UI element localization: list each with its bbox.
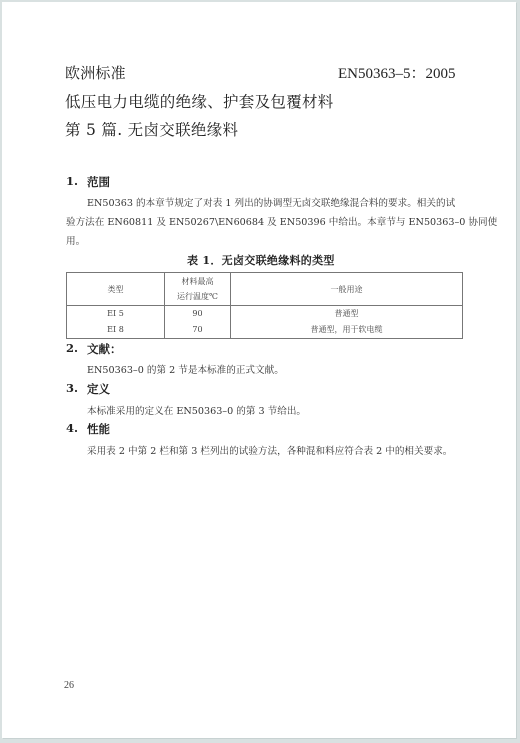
document-subtitle: 第 5 篇. 无卤交联绝缘料	[65, 118, 238, 140]
section-1-body-line-1: EN50363 的本章节规定了对表 1 列出的协调型无卤交联绝缘混合料的要求。相…	[87, 195, 455, 209]
header-max-temp-line-2: 运行温度℃	[165, 289, 230, 304]
header-usage: 一般用途	[231, 273, 463, 306]
section-1-body-line-3: 用。	[66, 233, 85, 247]
table-row: EI 8 70 普通型，用于软电缆	[67, 322, 463, 339]
document-title: 低压电力电缆的绝缘、护套及包覆材料	[65, 90, 334, 112]
cell-type: EI 8	[67, 322, 165, 339]
section-3-heading: 定义	[87, 381, 110, 397]
section-3-body: 本标准采用的定义在 EN50363–0 的第 3 节给出。	[87, 403, 306, 417]
page-number: 26	[64, 680, 74, 691]
section-2-heading: 文献：	[87, 341, 122, 357]
table-row: EI 5 90 普通型	[67, 306, 463, 323]
standard-label: 欧洲标准	[65, 62, 126, 83]
section-2-number: 2.	[66, 341, 78, 355]
document-page: 欧洲标准 EN50363–5：2005 低压电力电缆的绝缘、护套及包覆材料 第 …	[2, 2, 516, 738]
section-1-heading: 范围	[87, 174, 110, 190]
section-4-body: 采用表 2 中第 2 栏和第 3 栏列出的试验方法，各种混和料应符合表 2 中的…	[87, 443, 452, 457]
section-2-body: EN50363–0 的第 2 节是本标准的正式文献。	[87, 362, 284, 376]
cell-temp: 70	[165, 322, 231, 339]
cell-temp: 90	[165, 306, 231, 323]
cell-type: EI 5	[67, 306, 165, 323]
section-1-body-line-2: 验方法在 EN60811 及 EN50267\EN60684 及 EN50396…	[66, 214, 497, 228]
section-4-heading: 性能	[87, 421, 110, 437]
table-1-caption: 表 1．无卤交联绝缘料的类型	[187, 252, 335, 268]
table-1: 类型 材料最高 运行温度℃ 一般用途 EI 5 90 普通型 EI 8 70 普…	[66, 272, 463, 339]
header-max-temp: 材料最高 运行温度℃	[165, 273, 231, 306]
standard-code: EN50363–5：2005	[338, 62, 456, 83]
cell-usage: 普通型，用于软电缆	[231, 322, 463, 339]
header-type: 类型	[67, 273, 165, 306]
section-4-number: 4.	[66, 421, 78, 435]
section-3-number: 3.	[66, 381, 78, 395]
section-1-number: 1.	[66, 174, 78, 188]
header-max-temp-line-1: 材料最高	[165, 274, 230, 289]
table-header-row: 类型 材料最高 运行温度℃ 一般用途	[67, 273, 463, 306]
cell-usage: 普通型	[231, 306, 463, 323]
